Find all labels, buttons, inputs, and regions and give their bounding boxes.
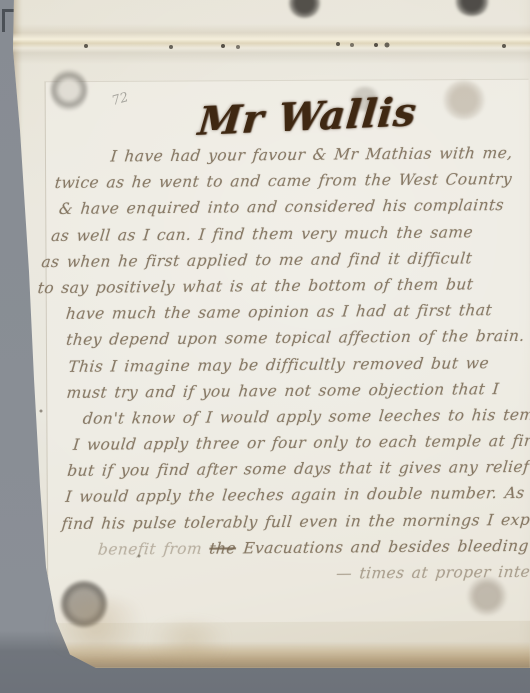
letter-line: This I imagine may be difficultly remove… (67, 353, 528, 383)
ink-smudge (442, 80, 486, 120)
page-deckle-edge (8, 0, 22, 668)
letter-line: I would apply the leeches again in doubl… (64, 484, 529, 514)
page-fold-crease (0, 24, 530, 64)
letter-line: benefit from the Evacuations and besides… (96, 537, 529, 567)
scan-background: 72 Mr Wallis I have had your favour & Mr… (0, 0, 530, 693)
letter-line: & have enquired into and considered his … (57, 196, 526, 226)
ink-specks (0, 0, 2, 2)
letter-body: I have had your favour & Mr Mathias with… (36, 144, 528, 593)
letter-line: don't know of I would apply some leeches… (81, 406, 528, 436)
letter-line: as when he first applied to me and find … (40, 249, 527, 279)
letter-line-faint-text: benefit from (97, 539, 210, 558)
paper-stain (140, 622, 240, 660)
letter-line: must try and if you have not some object… (65, 380, 528, 410)
letter-heading: Mr Wallis (196, 89, 419, 145)
struck-through-word: the (209, 539, 237, 557)
letter-line: find his pulse tolerably full even in th… (60, 510, 529, 540)
seal-bleedthrough-ring (50, 68, 88, 112)
letter-line: I have had your favour & Mr Mathias with… (109, 144, 526, 174)
letter-line: — times at proper intervals (335, 563, 530, 591)
paper-stain (36, 598, 156, 653)
letter-line-text: Evacuations and besides bleeding (235, 537, 530, 558)
letter-line: they depend upon some topical affection … (65, 327, 528, 357)
letter-line: as well as I can. I find them very much … (50, 222, 527, 252)
